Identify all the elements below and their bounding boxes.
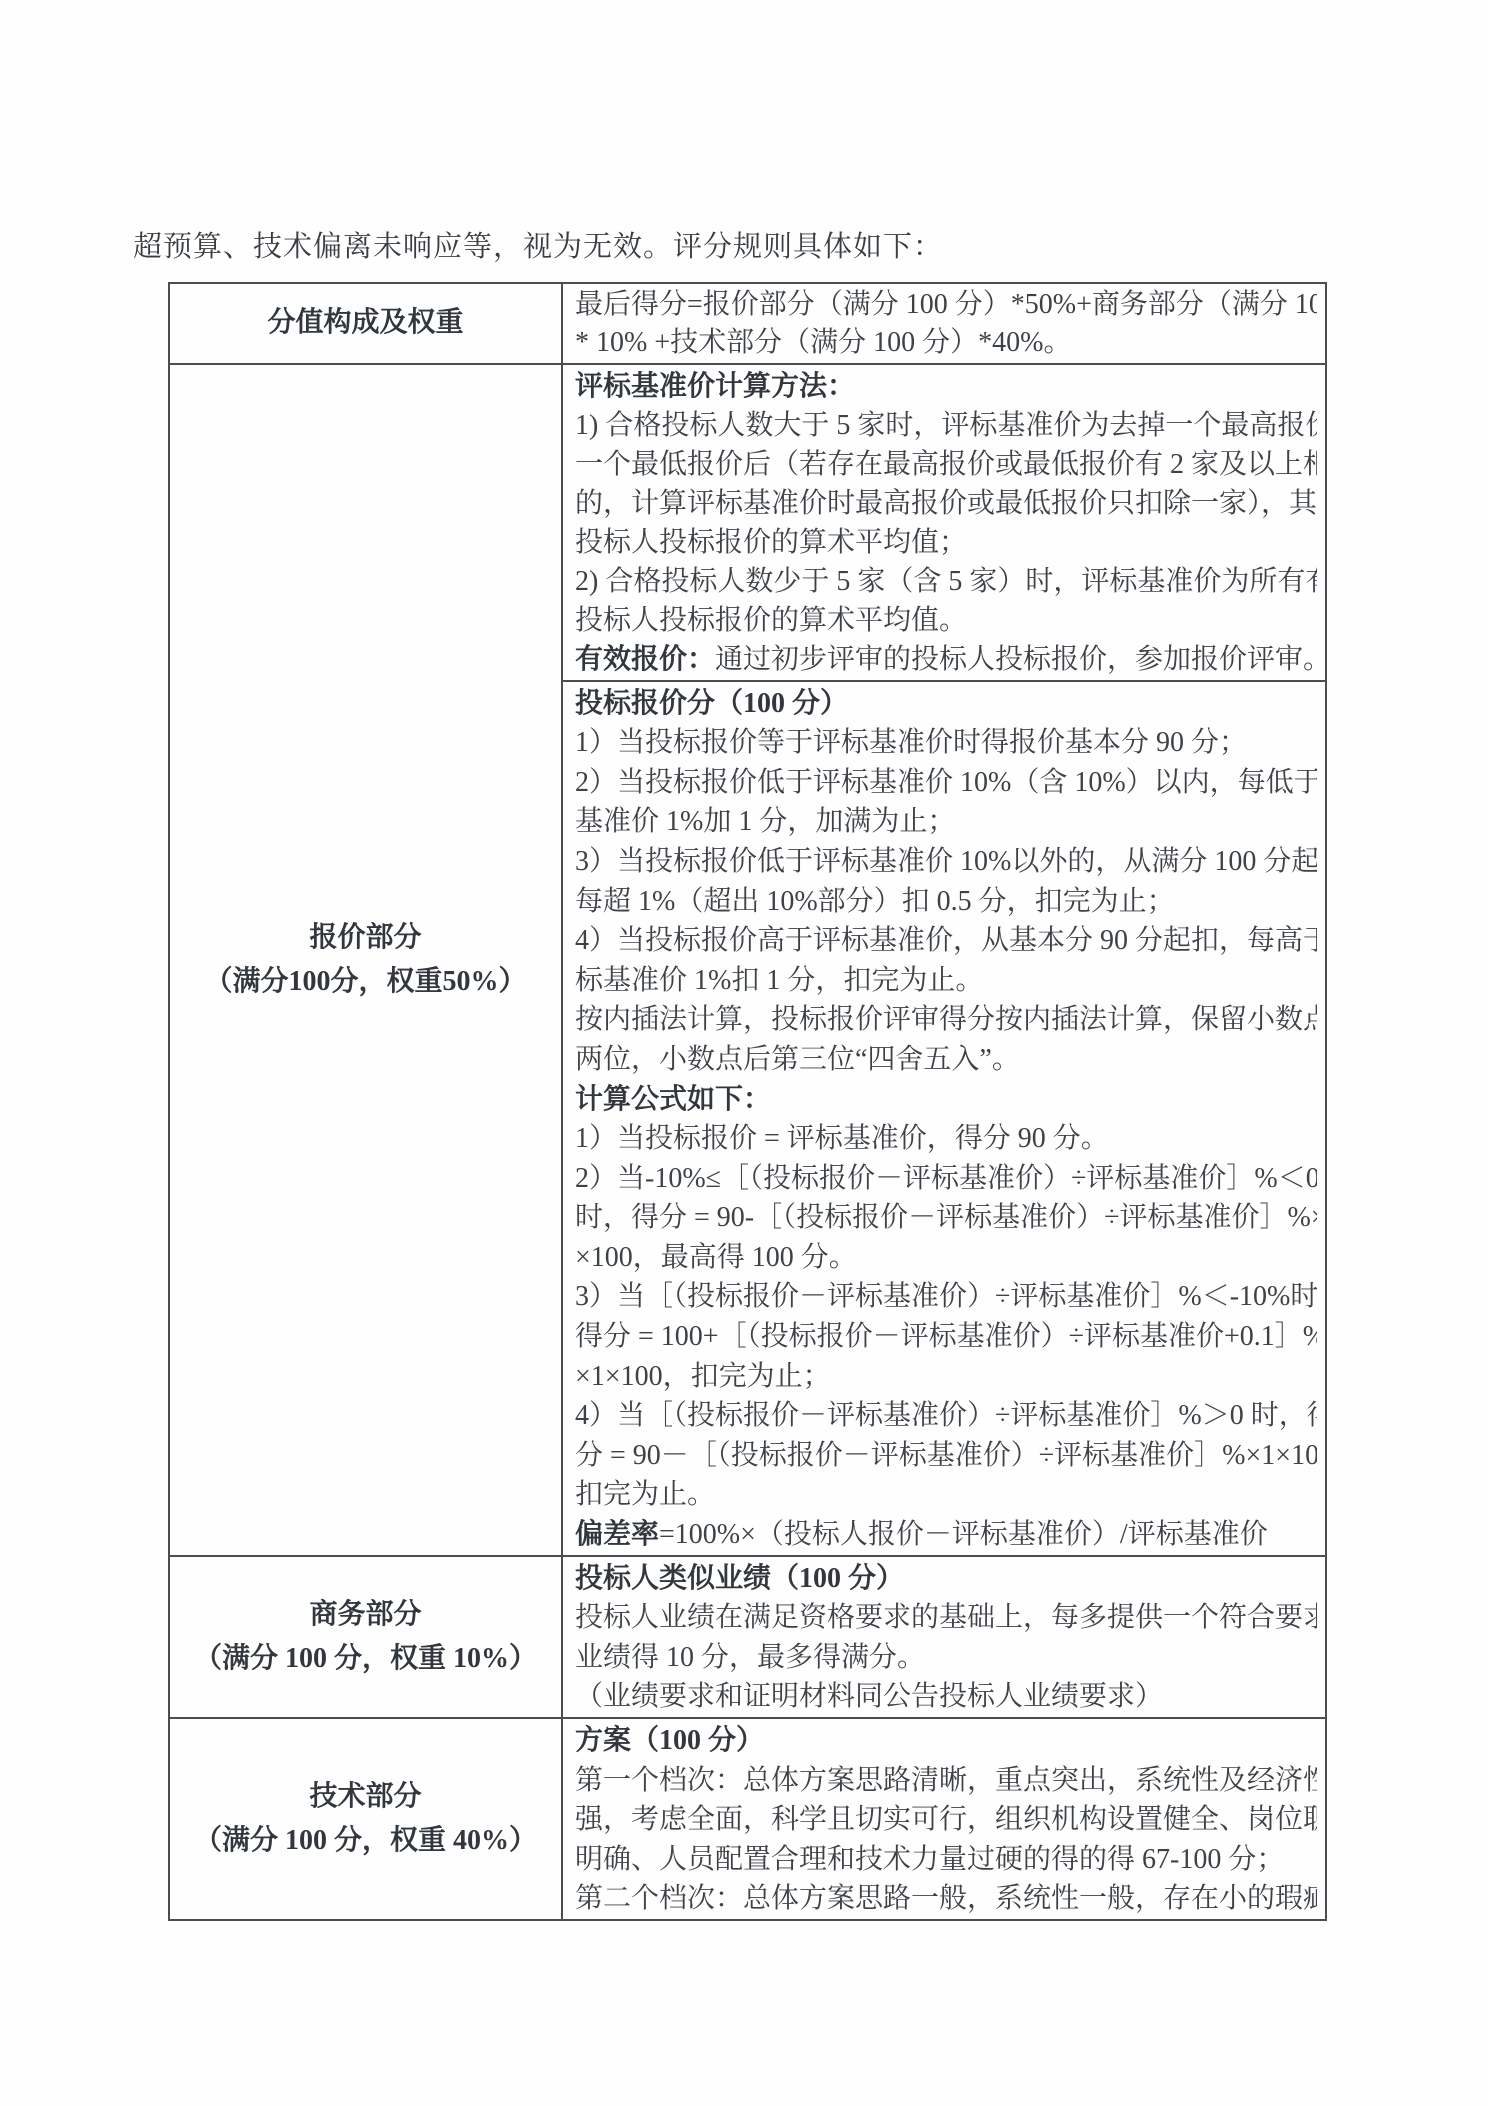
text-line: 扣完为止。: [575, 1475, 1317, 1515]
table-row-commercial: 商务部分（满分 100 分，权重 10%） 投标人类似业绩（100 分）投标人业…: [169, 1556, 1326, 1718]
text-line: 2）当-10%≤［（投标报价－评标基准价）÷评标基准价］%＜0: [575, 1159, 1317, 1199]
row-header-price-section: 报价部分（满分100分，权重50%）: [169, 364, 562, 1556]
text-line: 基准价 1%加 1 分，加满为止；: [575, 802, 1317, 842]
text-line: 投标报价分（100 分）: [575, 684, 1317, 724]
text-line: 得分 = 100+［（投标报价－评标基准价）÷评标基准价+0.1］%: [575, 1317, 1317, 1357]
text-line: 第一个档次：总体方案思路清晰，重点突出，系统性及经济性较: [575, 1761, 1317, 1801]
text-line: 1) 合格投标人数大于 5 家时，评标基准价为去掉一个最高报价和: [575, 406, 1317, 445]
table-row-technical: 技术部分（满分 100 分，权重 40%） 方案（100 分）第一个档次：总体方…: [169, 1718, 1326, 1920]
text-line: * 10% +技术部分（满分 100 分）*40%。: [575, 324, 1317, 362]
text-line: ×100，最高得 100 分。: [575, 1238, 1317, 1278]
text-line: 方案（100 分）: [575, 1721, 1317, 1761]
text-line: 时，得分 = 90-［（投标报价－评标基准价）÷评标基准价］%×1: [575, 1198, 1317, 1238]
cell-benchmark-price-method: 评标基准价计算方法：1) 合格投标人数大于 5 家时，评标基准价为去掉一个最高报…: [562, 364, 1326, 681]
text-line: 两位，小数点后第三位“四舍五入”。: [575, 1040, 1317, 1080]
row-header-score-composition: 分值构成及权重: [169, 283, 562, 364]
text-line: 投标人投标报价的算术平均值；: [575, 523, 1317, 562]
text-line: 投标人业绩在满足资格要求的基础上，每多提供一个符合要求的: [575, 1598, 1317, 1638]
text-line: 业绩得 10 分，最多得满分。: [575, 1638, 1317, 1678]
text-line: （业绩要求和证明材料同公告投标人业绩要求）: [575, 1677, 1317, 1717]
row-header-technical-section: 技术部分（满分 100 分，权重 40%）: [169, 1718, 562, 1920]
text-line: 分值构成及权重: [171, 301, 560, 345]
text-line: （满分 100 分，权重 10%）: [171, 1637, 560, 1681]
text-line: 有效报价：通过初步评审的投标人投标报价，参加报价评审。: [575, 640, 1317, 679]
text-line: 明确、人员配置合理和技术力量过硬的得的得 67-100 分；: [575, 1840, 1317, 1880]
cell-bid-price-scoring: 投标报价分（100 分）1）当投标报价等于评标基准价时得报价基本分 90 分；2…: [562, 681, 1326, 1556]
cell-score-composition-formula: 最后得分=报价部分（满分 100 分）*50%+商务部分（满分 100 分）* …: [562, 283, 1326, 364]
text-line: ×1×100，扣完为止；: [575, 1357, 1317, 1397]
scoring-rules-table: 分值构成及权重 最后得分=报价部分（满分 100 分）*50%+商务部分（满分 …: [168, 282, 1327, 1921]
text-line: 1）当投标报价 = 评标基准价，得分 90 分。: [575, 1119, 1317, 1159]
text-line: 分 = 90－［（投标报价－评标基准价）÷评标基准价］%×1×100；: [575, 1436, 1317, 1476]
text-line: 技术部分: [171, 1775, 560, 1819]
text-line: 4）当［（投标报价－评标基准价）÷评标基准价］%＞0 时，得: [575, 1396, 1317, 1436]
intro-text: 超预算、技术偏离未响应等，视为无效。评分规则具体如下：: [133, 224, 943, 265]
text-line: 标基准价 1%扣 1 分，扣完为止。: [575, 961, 1317, 1001]
text-line: 投标人类似业绩（100 分）: [575, 1559, 1317, 1599]
row-header-commercial-section: 商务部分（满分 100 分，权重 10%）: [169, 1556, 562, 1718]
text-line: 4）当投标报价高于评标基准价，从基本分 90 分起扣，每高于评: [575, 921, 1317, 961]
table-row-weights: 分值构成及权重 最后得分=报价部分（满分 100 分）*50%+商务部分（满分 …: [169, 283, 1326, 364]
text-line: 按内插法计算，投标报价评审得分按内插法计算，保留小数点后: [575, 1000, 1317, 1040]
cell-proposal-scoring: 方案（100 分）第一个档次：总体方案思路清晰，重点突出，系统性及经济性较强，考…: [562, 1718, 1326, 1920]
text-line: 报价部分: [171, 916, 560, 960]
text-line: 3）当投标报价低于评标基准价 10%以外的，从满分 100 分起扣，: [575, 842, 1317, 882]
cell-similar-performance: 投标人类似业绩（100 分）投标人业绩在满足资格要求的基础上，每多提供一个符合要…: [562, 1556, 1326, 1718]
text-line: 投标人投标报价的算术平均值。: [575, 601, 1317, 640]
text-line: 偏差率=100%×（投标人报价－评标基准价）/评标基准价: [575, 1515, 1317, 1555]
text-line: 第二个档次：总体方案思路一般，系统性一般，存在小的瑕疵，: [575, 1879, 1317, 1919]
text-line: 强，考虑全面，科学且切实可行，组织机构设置健全、岗位职责: [575, 1800, 1317, 1840]
text-line: 2) 合格投标人数少于 5 家（含 5 家）时，评标基准价为所有有效: [575, 562, 1317, 601]
text-line: 商务部分: [171, 1593, 560, 1637]
text-line: 最后得分=报价部分（满分 100 分）*50%+商务部分（满分 100 分）: [575, 286, 1317, 324]
text-line: （满分 100 分，权重 40%）: [171, 1819, 560, 1863]
text-line: 2）当投标报价低于评标基准价 10%（含 10%）以内，每低于评标: [575, 763, 1317, 803]
text-line: （满分100分，权重50%）: [171, 960, 560, 1004]
text-line: 一个最低报价后（若存在最高报价或最低报价有 2 家及以上相同: [575, 445, 1317, 484]
document-page: 超预算、技术偏离未响应等，视为无效。评分规则具体如下： 分值构成及权重 最后得分…: [0, 0, 1488, 2106]
text-line: 3）当［（投标报价－评标基准价）÷评标基准价］%＜-10%时，: [575, 1277, 1317, 1317]
text-line: 每超 1%（超出 10%部分）扣 0.5 分，扣完为止；: [575, 882, 1317, 922]
text-line: 评标基准价计算方法：: [575, 367, 1317, 406]
text-line: 的，计算评标基准价时最高报价或最低报价只扣除一家），其他: [575, 484, 1317, 523]
text-line: 1）当投标报价等于评标基准价时得报价基本分 90 分；: [575, 723, 1317, 763]
table-row-price-benchmark: 报价部分（满分100分，权重50%） 评标基准价计算方法：1) 合格投标人数大于…: [169, 364, 1326, 681]
text-line: 计算公式如下：: [575, 1080, 1317, 1120]
